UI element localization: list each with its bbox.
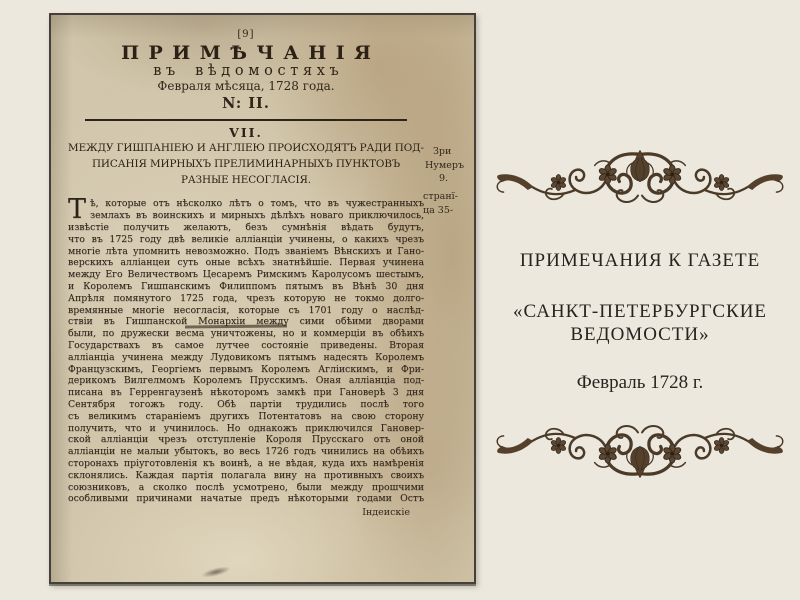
body-line: что въ 1725 году двѣ великіе алліанціи у… — [68, 234, 424, 246]
floral-scrollwork-top-icon — [494, 146, 786, 217]
article-heading-line: РАЗНЫЕ НЕСОГЛАСІЯ. — [68, 174, 424, 187]
body-line: сторонахъ пріуготовленія къ воинѣ, а не … — [68, 458, 424, 470]
body-line: особливыми причинами начатые предъ нѣкот… — [68, 493, 424, 505]
body-line: склонялись. Каждая партія полагала вину … — [68, 470, 424, 482]
caption-newspaper-name-line: ВЕДОМОСТИ» — [480, 323, 800, 346]
body-line: получить, что и учинилось. Но однакожъ п… — [68, 423, 424, 435]
body-line: были, по дружески весма уничтожены, но и… — [68, 328, 424, 340]
article-heading-line: ПИСАНІЯ МИРНЫХЪ ПРЕЛИМИНАРНЫХЪ ПУНКТОВЪ — [68, 158, 424, 171]
masthead-date: Февраля мѣсяца, 1728 года. — [68, 80, 424, 93]
article-heading-line: МЕЖДУ ГИШПАНІЕЮ И АНГЛІЕЮ ПРОИСХОДЯТЪ РА… — [68, 142, 424, 155]
body-line: Французскимъ, Георгіемъ первымъ Королемъ… — [68, 364, 424, 376]
slide: [9] ПРИМѢЧАНІЯ въ вѣдомостяхъ Февраля мѣ… — [0, 0, 800, 600]
page-number: [9] — [68, 15, 424, 40]
floral-scrollwork-bottom-icon — [494, 411, 786, 482]
margin-note-line: странї- — [423, 190, 479, 204]
masthead-title: ПРИМѢЧАНІЯ — [68, 43, 424, 63]
caption-panel: ПРИМЕЧАНИЯ К ГАЗЕТЕ «САНКТ-ПЕТЕРБУРГСКИЕ… — [480, 0, 800, 600]
margin-note-line: ца 35- — [423, 204, 479, 218]
section-number: VII. — [68, 126, 424, 139]
margin-note-page: странї- ца 35- — [423, 190, 479, 217]
divider-rule — [85, 119, 407, 121]
margin-note-line: 9. — [425, 172, 479, 186]
body-line: извѣстіе получить желаютъ, безъ сумнѣнія… — [68, 222, 424, 234]
drop-cap: Т — [68, 198, 90, 221]
body-line: писана въ Герренгаузенѣ нѣкоторомъ замкѣ… — [68, 387, 424, 399]
margin-note-reference: Зри Нумеръ 9. — [425, 145, 479, 186]
caption-date: Февраль 1728 г. — [480, 372, 800, 394]
body-line: ской алліанціи чрезъ отступленіе Короля … — [68, 434, 424, 446]
margin-note-line: Зри — [425, 145, 479, 159]
margin-note-line: Нумеръ — [425, 159, 479, 173]
body-line: ѣ, которые отъ нѣсколко лѣтъ о томъ, что… — [68, 198, 424, 210]
masthead-subtitle: въ вѣдомостяхъ — [68, 64, 424, 78]
newspaper-scan: [9] ПРИМѢЧАНІЯ въ вѣдомостяхъ Февраля мѣ… — [49, 13, 476, 584]
body-line: Государствахъ въ самое лутчее состояніе … — [68, 340, 424, 352]
body-line: алліанціа учинена между Лудовикомъ пятым… — [68, 352, 424, 364]
body-line: и Королемъ Гишпанскимъ Филиппомъ пятымъ … — [68, 281, 424, 293]
body-line: землахъ въ воинскихъ и мирныхъ дѣлѣхъ но… — [68, 210, 424, 222]
body-line: дерикомъ Вилгелмомъ Королемъ Прусскимъ. … — [68, 375, 424, 387]
ink-smudge — [200, 564, 231, 579]
body-line: съ великимъ стараніемъ другихъ Потентато… — [68, 411, 424, 423]
issue-number: N: II. — [68, 96, 424, 111]
article-body: Т ѣ, которые отъ нѣсколко лѣтъ о томъ, ч… — [68, 198, 424, 505]
body-line: времянные многіе несогласія, которые съ … — [68, 305, 424, 317]
caption-title: ПРИМЕЧАНИЯ К ГАЗЕТЕ — [480, 250, 800, 272]
body-line: многіе лѣта упомнить невозможно. Подъ зв… — [68, 246, 424, 258]
body-line: между Его Величествомъ Цесаремъ Римскимъ… — [68, 269, 424, 281]
body-line: Сентября тогожъ году. Обѣ партіи трудили… — [68, 399, 424, 411]
body-line: союзниковъ, а сколко послѣ усмотрено, бы… — [68, 482, 424, 494]
page-content: [9] ПРИМѢЧАНІЯ въ вѣдомостяхъ Февраля мѣ… — [68, 15, 424, 518]
body-line: Апрѣля помянутого 1725 года, чрезъ котор… — [68, 293, 424, 305]
body-line: алліанціи не малыи убытокъ, во весь 1726… — [68, 446, 424, 458]
body-line: верскихъ алліанцеи суть оные всѣхъ знатн… — [68, 257, 424, 269]
caption-newspaper-name: «САНКТ-ПЕТЕРБУРГСКИЕ ВЕДОМОСТИ» — [480, 300, 800, 346]
catchword: Індеискіе — [68, 507, 424, 518]
caption-newspaper-name-line: «САНКТ-ПЕТЕРБУРГСКИЕ — [480, 300, 800, 323]
